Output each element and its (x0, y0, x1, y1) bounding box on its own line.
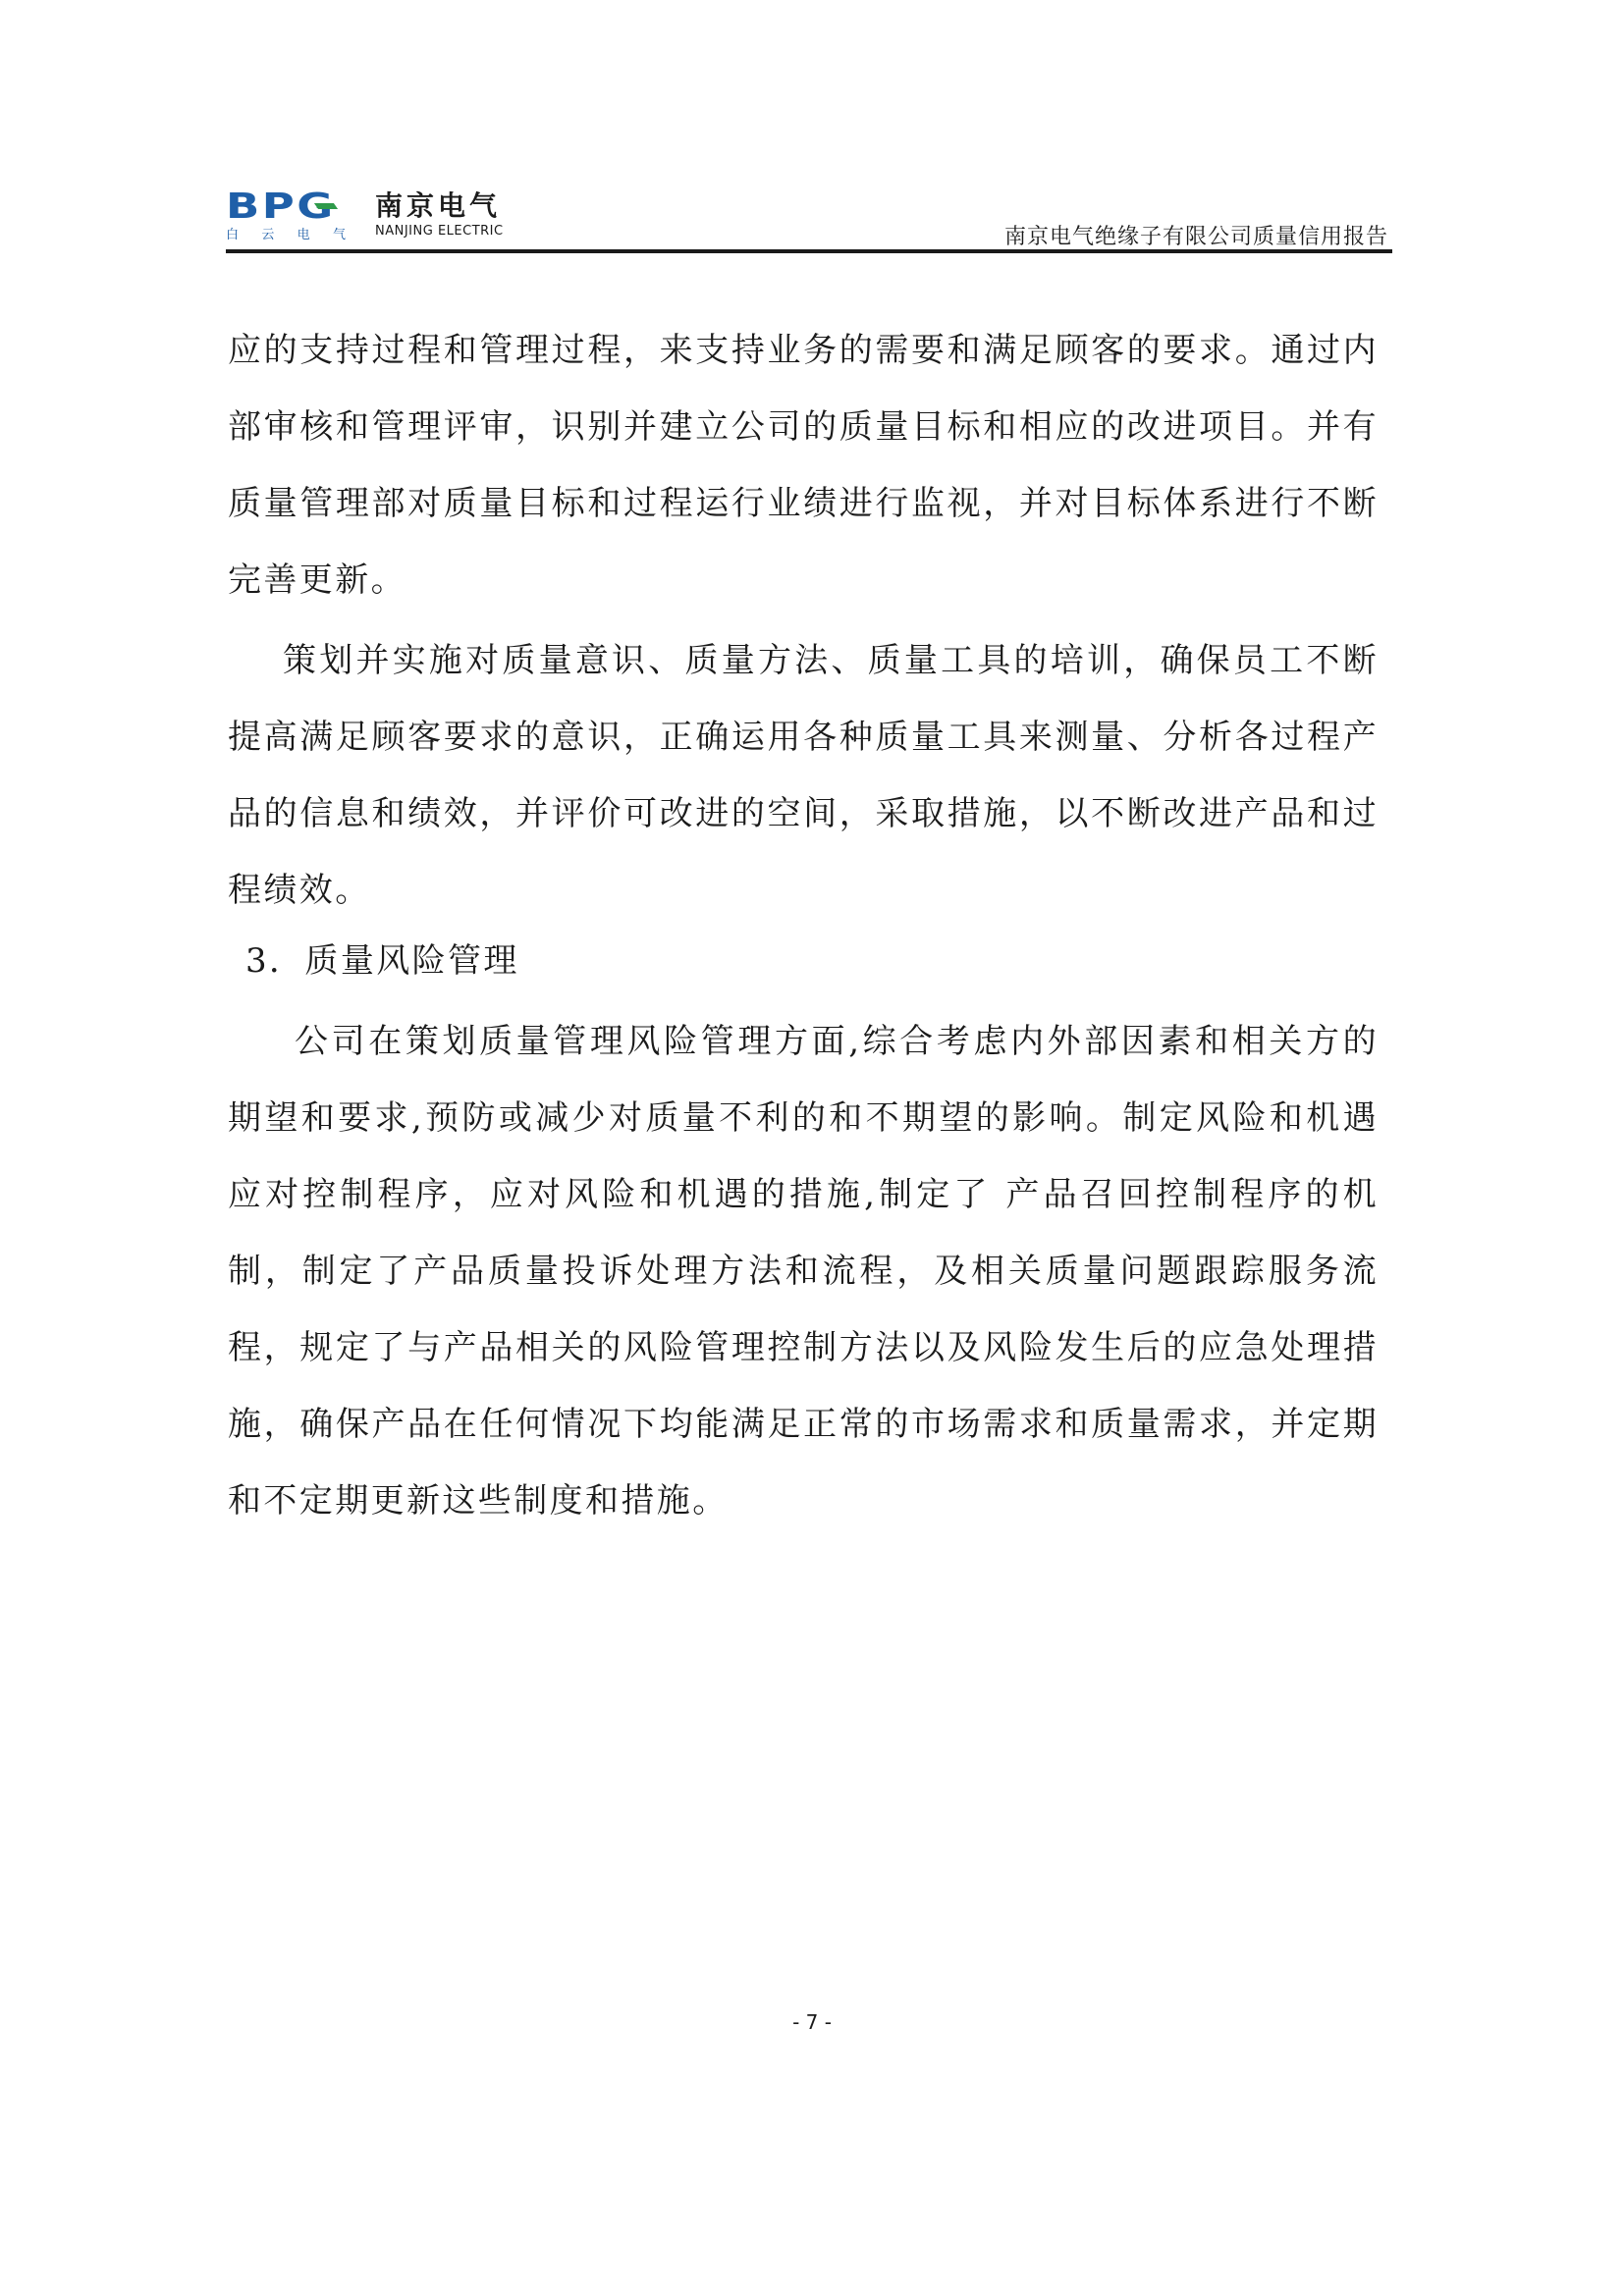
document-body: 应的支持过程和管理过程，来支持业务的需要和满足顾客的要求。通过内部审核和管理评审… (228, 312, 1379, 1539)
section-heading: 3．质量风险管理 (228, 923, 1379, 999)
body-paragraph: 策划并实施对质量意识、质量方法、质量工具的培训，确保员工不断提高满足顾客要求的意… (228, 622, 1379, 929)
company-logo-text: 南京电气 NANJING ELECTRIC (375, 190, 504, 239)
section-paragraph: 公司在策划质量管理风险管理方面,综合考虑内外部因素和相关方的期望和要求,预防或减… (228, 1003, 1379, 1539)
logo-green-accent-icon (314, 203, 338, 209)
bpg-logo: BPG 白 云 电 气 (226, 192, 350, 238)
header-divider (226, 249, 1392, 253)
bpg-logo-mark: BPG (226, 192, 381, 222)
body-paragraph: 应的支持过程和管理过程，来支持业务的需要和满足顾客的要求。通过内部审核和管理评审… (228, 312, 1379, 618)
company-name-en: NANJING ELECTRIC (375, 224, 504, 239)
company-name-cn: 南京电气 (375, 190, 504, 222)
page-number: - 7 - (0, 2010, 1624, 2034)
page-header: BPG 白 云 电 气 南京电气 NANJING ELECTRIC 南京电气绝缘… (226, 187, 1392, 255)
report-title: 南京电气绝缘子有限公司质量信用报告 (1004, 220, 1388, 250)
